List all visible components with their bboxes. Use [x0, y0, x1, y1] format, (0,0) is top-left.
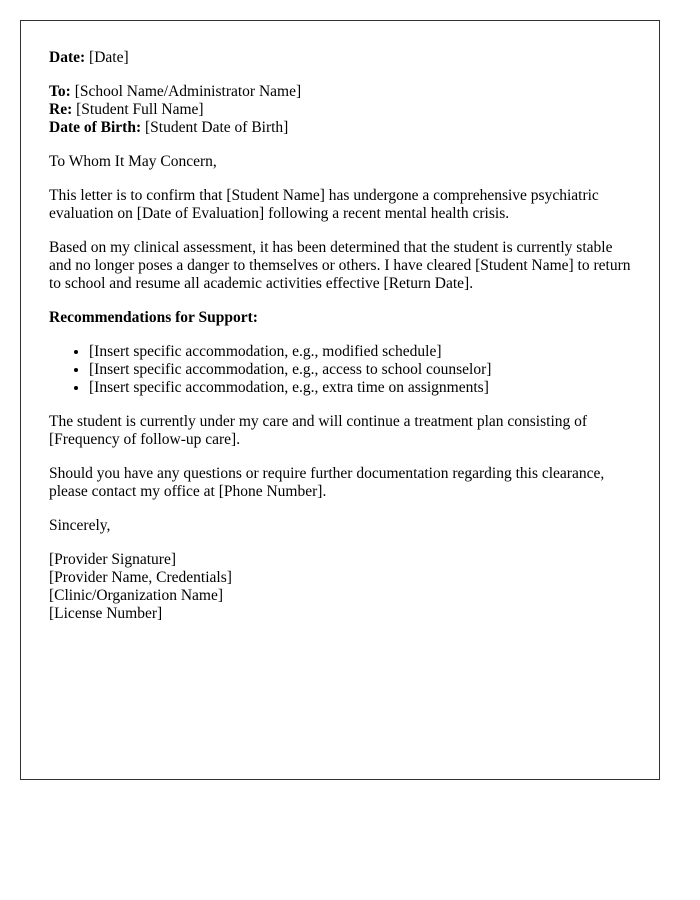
- contact-paragraph: Should you have any questions or require…: [49, 465, 631, 501]
- signature-block: [Provider Signature] [Provider Name, Cre…: [49, 551, 631, 623]
- recommendation-item: [Insert specific accommodation, e.g., ex…: [89, 379, 631, 397]
- clinic-name: [Clinic/Organization Name]: [49, 587, 631, 605]
- re-label: Re:: [49, 101, 72, 118]
- recommendations-heading-text: Recommendations for Support:: [49, 309, 258, 326]
- recommendation-item: [Insert specific accommodation, e.g., ac…: [89, 361, 631, 379]
- letter-document: Date: [Date] To: [School Name/Administra…: [20, 20, 660, 780]
- to-label: To:: [49, 83, 71, 100]
- date-value: [Date]: [89, 49, 129, 66]
- to-value: [School Name/Administrator Name]: [75, 83, 301, 100]
- recommendations-list: [Insert specific accommodation, e.g., mo…: [49, 343, 631, 397]
- recommendation-item: [Insert specific accommodation, e.g., mo…: [89, 343, 631, 361]
- salutation: To Whom It May Concern,: [49, 153, 631, 171]
- recipient-block: To: [School Name/Administrator Name] Re:…: [49, 83, 631, 137]
- dob-line: Date of Birth: [Student Date of Birth]: [49, 119, 631, 137]
- re-value: [Student Full Name]: [76, 101, 203, 118]
- date-line: Date: [Date]: [49, 49, 631, 67]
- date-label: Date:: [49, 49, 85, 66]
- assessment-paragraph: Based on my clinical assessment, it has …: [49, 239, 631, 293]
- recommendations-heading: Recommendations for Support:: [49, 309, 631, 327]
- license-number: [License Number]: [49, 605, 631, 623]
- provider-signature: [Provider Signature]: [49, 551, 631, 569]
- closing: Sincerely,: [49, 517, 631, 535]
- dob-value: [Student Date of Birth]: [145, 119, 288, 136]
- confirmation-paragraph: This letter is to confirm that [Student …: [49, 187, 631, 223]
- re-line: Re: [Student Full Name]: [49, 101, 631, 119]
- treatment-paragraph: The student is currently under my care a…: [49, 413, 631, 449]
- provider-name: [Provider Name, Credentials]: [49, 569, 631, 587]
- to-line: To: [School Name/Administrator Name]: [49, 83, 631, 101]
- dob-label: Date of Birth:: [49, 119, 141, 136]
